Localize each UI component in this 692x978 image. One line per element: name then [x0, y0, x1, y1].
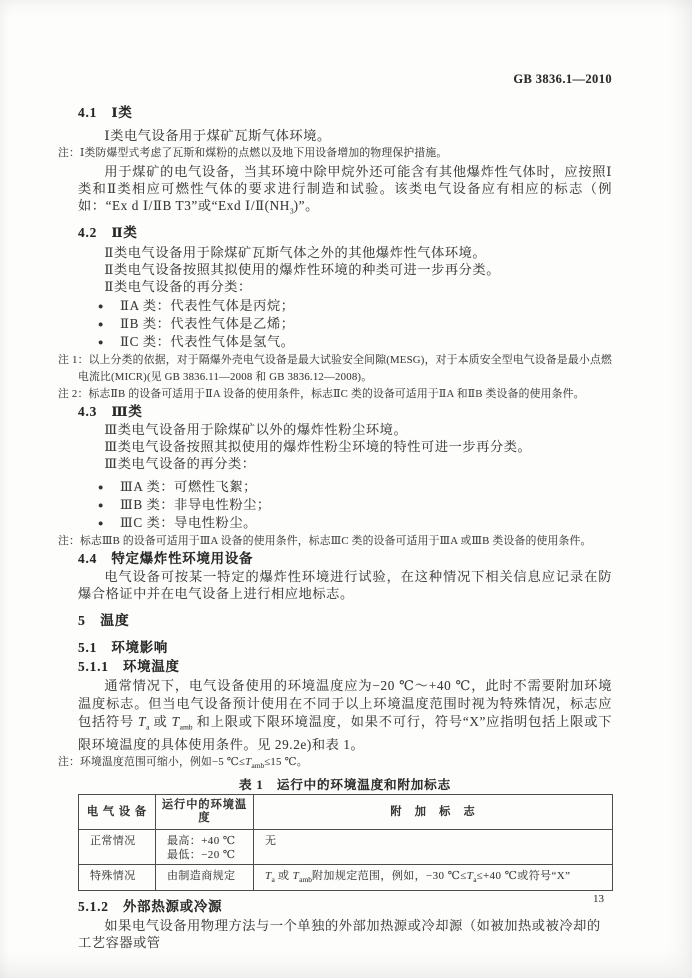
- table-row-special: 特殊情况 由制造商规定 Ta 或 Tamb附加规定范围，例如，−30 ℃≤Ta≤…: [79, 865, 613, 890]
- cell-text: 或: [275, 870, 293, 882]
- list-item-iic: ●ⅡC 类：代表性气体是氢气。: [78, 333, 612, 351]
- note-4-3: 注：标志ⅢB 的设备可适用于ⅢA 设备的使用条件，标志ⅢC 类的设备可适用于ⅢA…: [78, 533, 612, 550]
- column-header-ambient-temp: 运行中的环境温度: [156, 795, 254, 830]
- paragraph-4-1-marking: 用于煤矿的电气设备，当其环境中除甲烷外还可能含有其他爆炸性气体时，应按照Ⅰ类和Ⅱ…: [78, 163, 612, 220]
- column-header-additional-marking: 附 加 标 志: [254, 795, 613, 830]
- heading-4-3: 4.3 Ⅲ类: [78, 403, 612, 420]
- list-item-iiib: ●ⅢB 类：非导电性粉尘；: [78, 496, 612, 514]
- list-item-iiic: ●ⅢC 类：导电性粉尘。: [78, 514, 612, 532]
- bullet-icon: ●: [98, 496, 104, 514]
- variable-ta: T: [138, 714, 146, 729]
- cell-line: 最低：−20 ℃: [167, 848, 247, 862]
- heading-5-1: 5.1 环境影响: [78, 639, 612, 656]
- cell-temp-range: 由制造商规定: [156, 865, 254, 890]
- subscript: amb: [299, 876, 312, 885]
- paragraph-4-1-intro: Ⅰ类电气设备用于煤矿瓦斯气体环境。: [78, 127, 612, 144]
- note-4-2-1: 注 1：以上分类的依据，对于隔爆外壳电气设备是最大试验安全间隙(MESG)，对于…: [78, 352, 612, 386]
- group-iii-subdivision-list: ●ⅢA 类：可燃性飞絮； ●ⅢB 类：非导电性粉尘； ●ⅢC 类：导电性粉尘。: [78, 478, 612, 532]
- table-header-row: 电 气 设 备 运行中的环境温度 附 加 标 志: [79, 795, 613, 830]
- table-1: 电 气 设 备 运行中的环境温度 附 加 标 志 正常情况 最高：+40 ℃ 最…: [78, 794, 613, 890]
- heading-5: 5 温度: [78, 611, 612, 630]
- table-row-normal: 正常情况 最高：+40 ℃ 最低：−20 ℃ 无: [79, 830, 613, 865]
- table-1-title: 表 1 运行中的环境温度和附加标志: [78, 777, 612, 794]
- paragraph-4-2-c: Ⅱ类电气设备的再分类：: [78, 278, 612, 295]
- heading-4-4: 4.4 特定爆炸性环境用设备: [78, 550, 612, 567]
- paragraph-4-3-b: Ⅲ类电气设备按照其拟使用的爆炸性粉尘环境的特性可进一步再分类。: [78, 438, 612, 455]
- list-item-iia: ●ⅡA 类：代表性气体是丙烷；: [78, 297, 612, 315]
- paragraph-text: 或: [149, 714, 171, 729]
- cell-marking: Ta 或 Tamb附加规定范围，例如，−30 ℃≤Ta≤+40 ℃或符号“X”: [254, 865, 613, 890]
- page-content: 4.1 Ⅰ类 Ⅰ类电气设备用于煤矿瓦斯气体环境。 注：Ⅰ类防爆型式考虑了瓦斯和煤…: [78, 104, 612, 951]
- note-4-1: 注：Ⅰ类防爆型式考虑了瓦斯和煤粉的点燃以及地下用设备增加的物理保护措施。: [78, 145, 612, 162]
- note-text: ≤15 ℃。: [264, 756, 308, 768]
- bullet-icon: ●: [98, 297, 104, 315]
- paragraph-4-3-a: Ⅲ类电气设备用于除煤矿以外的爆炸性粉尘环境。: [78, 421, 612, 438]
- bullet-icon: ●: [98, 315, 104, 333]
- paragraph-text: )”。: [294, 198, 319, 213]
- list-item-label: ⅢB 类：非导电性粉尘；: [120, 497, 271, 512]
- paragraph-text: 用于煤矿的电气设备，当其环境中除甲烷外还可能含有其他爆炸性气体时，应按照Ⅰ类和Ⅱ…: [78, 164, 612, 213]
- bullet-icon: ●: [98, 478, 104, 496]
- subscript: amb: [180, 722, 193, 731]
- note-5-1-1: 注：环境温度范围可缩小，例如−5 ℃≤Tamb≤15 ℃。: [78, 754, 612, 774]
- cell-condition: 正常情况: [79, 830, 156, 865]
- paragraph-4-4: 电气设备可按某一特定的爆炸性环境进行试验，在这种情况下相关信息应记录在防爆合格证…: [78, 568, 612, 602]
- bullet-icon: ●: [98, 333, 104, 351]
- cell-temp-range: 最高：+40 ℃ 最低：−20 ℃: [156, 830, 254, 865]
- page-number: 13: [593, 893, 604, 905]
- paragraph-5-1-2: 如果电气设备用物理方法与一个单独的外部加热源或冷却源（如被加热或被冷却的工艺容器…: [78, 917, 612, 951]
- column-header-equipment: 电 气 设 备: [79, 795, 156, 830]
- heading-5-1-1: 5.1.1 环境温度: [78, 658, 612, 675]
- cell-text: ≤+40 ℃或符号“X”: [477, 870, 571, 882]
- standard-number: GB 3836.1—2010: [513, 72, 612, 87]
- paragraph-4-2-a: Ⅱ类电气设备用于除煤矿瓦斯气体之外的其他爆炸性气体环境。: [78, 244, 612, 261]
- heading-5-1-2: 5.1.2 外部热源或冷源: [78, 898, 612, 915]
- bullet-icon: ●: [98, 514, 104, 532]
- variable-tamb: T: [172, 714, 180, 729]
- paragraph-4-3-c: Ⅲ类电气设备的再分类：: [78, 455, 612, 472]
- heading-4-1: 4.1 Ⅰ类: [78, 104, 612, 121]
- list-item-label: ⅢC 类：导电性粉尘。: [120, 515, 257, 530]
- cell-marking: 无: [254, 830, 613, 865]
- paragraph-5-1-1: 通常情况下，电气设备使用的环境温度应为−20 ℃～+40 ℃，此时不需要附加环境…: [78, 677, 612, 755]
- heading-4-2: 4.2 Ⅱ类: [78, 224, 612, 241]
- cell-line: 最高：+40 ℃: [167, 834, 247, 848]
- list-item-iib: ●ⅡB 类：代表性气体是乙烯；: [78, 315, 612, 333]
- subscript: amb: [251, 761, 264, 770]
- list-item-label: ⅢA 类：可燃性飞絮；: [120, 479, 257, 494]
- cell-condition: 特殊情况: [79, 865, 156, 890]
- list-item-label: ⅡB 类：代表性气体是乙烯；: [120, 316, 295, 331]
- paragraph-4-2-b: Ⅱ类电气设备按照其拟使用的爆炸性环境的种类可进一步再分类。: [78, 261, 612, 278]
- list-item-iiia: ●ⅢA 类：可燃性飞絮；: [78, 478, 612, 496]
- list-item-label: ⅡC 类：代表性气体是氢气。: [120, 334, 295, 349]
- cell-text: 附加规定范围，例如，−30 ℃≤: [312, 870, 467, 882]
- group-ii-subdivision-list: ●ⅡA 类：代表性气体是丙烷； ●ⅡB 类：代表性气体是乙烯； ●ⅡC 类：代表…: [78, 297, 612, 351]
- note-4-2-2: 注 2：标志ⅡB 的设备可适用于ⅡA 设备的使用条件，标志ⅡC 类的设备可适用于…: [78, 386, 612, 403]
- list-item-label: ⅡA 类：代表性气体是丙烷；: [120, 298, 295, 313]
- document-page: GB 3836.1—2010 4.1 Ⅰ类 Ⅰ类电气设备用于煤矿瓦斯气体环境。 …: [0, 0, 692, 978]
- note-text: 注：环境温度范围可缩小，例如−5 ℃≤: [58, 756, 245, 768]
